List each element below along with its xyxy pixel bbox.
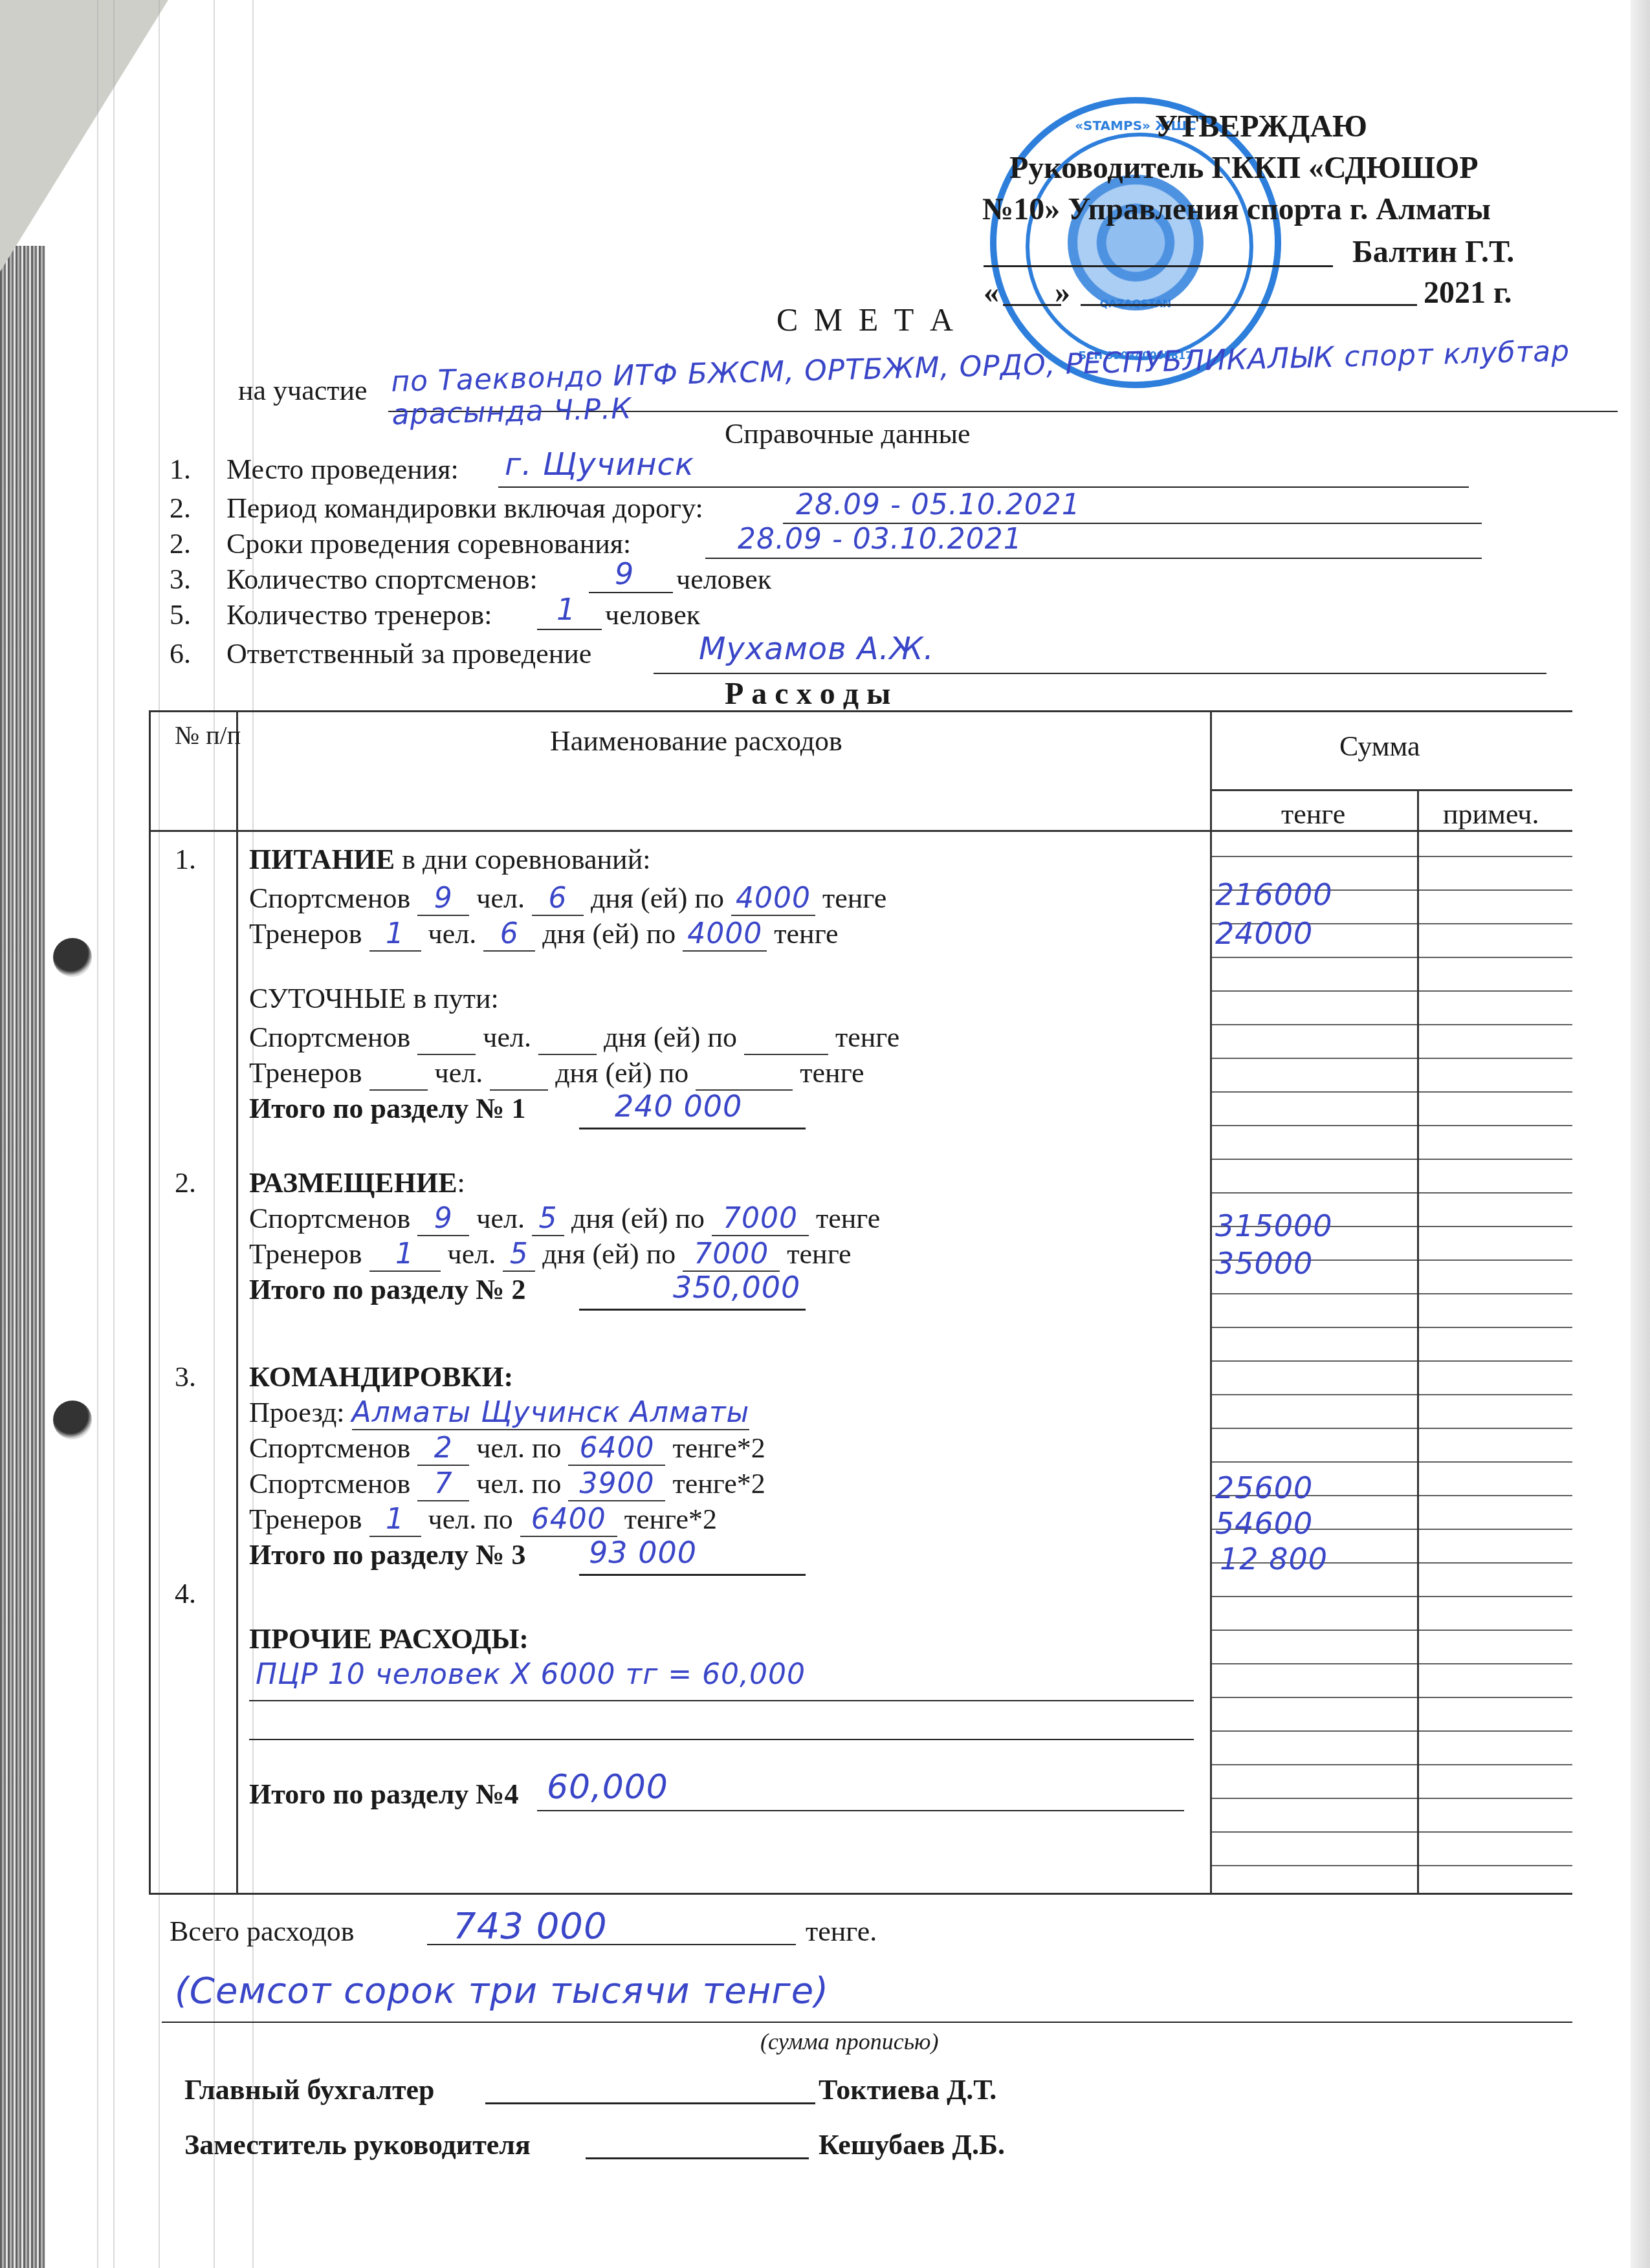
expense-line: Тренеров 1 чел. по 6400 тенге*2 (249, 1503, 717, 1537)
scan-edge-shadow (0, 246, 45, 2268)
approval-date-close: » (1055, 275, 1070, 311)
ref-label-coaches: Количество тренеров: (226, 598, 492, 631)
ref-line (654, 673, 1546, 674)
total-line (537, 1810, 1184, 1811)
amount-cell: 216000 (1215, 877, 1333, 912)
total-line (579, 1128, 806, 1129)
approval-title: УТВЕРЖДАЮ (1155, 109, 1367, 144)
table-row-rule (1210, 1831, 1572, 1833)
section-num: 4. (175, 1577, 196, 1610)
expense-line: Тренеров 1 чел. 5 дня (ей) по 7000 тенге (249, 1238, 852, 1272)
col-name-header: Наименование расходов (550, 725, 842, 758)
signature-line (485, 2102, 815, 2104)
ref-num: 3. (170, 563, 191, 596)
ref-suffix: человек (676, 563, 771, 596)
table-row-rule (1210, 1360, 1572, 1362)
ref-num: 2. (170, 492, 191, 525)
section-num: 3. (175, 1360, 196, 1393)
ref-num: 2. (170, 527, 191, 560)
ref-label-venue: Место проведения: (226, 453, 459, 486)
section-title-food: ПИТАНИЕ в дни соревнований: (249, 843, 650, 876)
table-row-rule (1210, 1394, 1572, 1395)
folded-page-corner (0, 0, 168, 272)
detail-line (249, 1700, 1194, 1701)
table-row-rule (1210, 1461, 1572, 1463)
amount-cell: 25600 (1215, 1470, 1313, 1505)
table-row-rule (1210, 1428, 1572, 1429)
approval-line2: №10» Управления спорта г. Алматы (982, 191, 1491, 227)
total-line (579, 1574, 806, 1576)
ref-num: 1. (170, 453, 191, 486)
section-total-value: 240 000 (615, 1089, 742, 1124)
participation-label: на участие (238, 374, 368, 407)
grand-total-value: 743 000 (453, 1905, 608, 1947)
signature-name-accountant: Токтиева Д.Т. (819, 2073, 996, 2106)
table-row-rule (1210, 1024, 1572, 1025)
expenses-table: № п/п Наименование расходов Сумма тенге … (149, 710, 1572, 1894)
grand-total-unit: тенге. (806, 1915, 877, 1948)
table-row-rule (1210, 1730, 1572, 1732)
per-diem-title: СУТОЧНЫЕ в пути: (249, 982, 499, 1015)
table-row-rule (1210, 990, 1572, 992)
ref-value-venue: г. Щучинск (505, 446, 694, 483)
punch-hole-icon (53, 1401, 92, 1439)
section-total-label: Итого по разделу №4 (249, 1778, 519, 1811)
section-num: 2. (175, 1166, 196, 1199)
ref-line (537, 629, 602, 630)
signature-role-accountant: Главный бухгалтер (184, 2073, 435, 2106)
grand-total-label: Всего расходов (170, 1915, 355, 1948)
table-row-rule (1210, 1764, 1572, 1765)
approval-month-line (1081, 304, 1417, 306)
table-row-rule (1210, 1125, 1572, 1126)
ref-value-coaches: 1 (556, 592, 576, 627)
table-row-rule (1210, 1798, 1572, 1799)
approval-line1: Руководитель ГККП «СДЮШОР (1009, 150, 1479, 186)
participation-value: по Таеквондо ИТФ БЖСМ, ОРТБЖМ, ОРДО, РЕС… (391, 333, 1650, 431)
section-title-accommodation: РАЗМЕЩЕНИЕ: (249, 1166, 465, 1199)
table-row-rule (1210, 1058, 1572, 1059)
expense-line: Спортсменов 9 чел. 5 дня (ей) по 7000 те… (249, 1202, 880, 1236)
ref-line (589, 592, 673, 593)
table-row-rule (1210, 1596, 1572, 1597)
section-num: 1. (175, 843, 196, 876)
section-total-label: Итого по разделу № 3 (249, 1538, 526, 1571)
signature-role-deputy: Заместитель руководителя (184, 2128, 531, 2161)
route-line: Проезд: Алматы Щучинск Алматы (249, 1396, 749, 1430)
scan-streak (97, 0, 98, 2268)
approval-name: Балтин Г.Т. (1352, 234, 1514, 270)
table-row-rule (1210, 1091, 1572, 1093)
ref-label-athletes: Количество спортсменов: (226, 563, 538, 596)
total-in-words: (Семсот сорок три тысячи тенге) (175, 1970, 829, 2012)
ref-value-competition-dates: 28.09 - 03.10.2021 (738, 523, 1022, 556)
table-row-rule (1210, 957, 1572, 958)
ref-suffix: человек (605, 598, 700, 631)
table-row-rule (1210, 1865, 1572, 1866)
in-words-caption: (сумма прописью) (760, 2028, 938, 2055)
expense-line: Тренеров 1 чел. 6 дня (ей) по 4000 тенге (249, 917, 839, 952)
punch-hole-icon (53, 938, 92, 977)
amount-cell: 54600 (1215, 1506, 1313, 1541)
table-row-rule (1210, 1159, 1572, 1160)
section-title-other: ПРОЧИЕ РАСХОДЫ: (249, 1622, 529, 1655)
table-row-rule (1210, 1293, 1572, 1294)
expense-line: Спортсменов 2 чел. по 6400 тенге*2 (249, 1432, 765, 1466)
total-line (579, 1309, 806, 1311)
table-row-rule (1210, 1192, 1572, 1194)
detail-line (249, 1739, 1194, 1740)
expense-line: Спортсменов 7 чел. по 3900 тенге*2 (249, 1467, 765, 1501)
ref-value-trip-period: 28.09 - 05.10.2021 (796, 488, 1081, 521)
other-expense-detail: ПЦР 10 человек Х 6000 тг = 60,000 (256, 1658, 806, 1691)
ref-label-responsible: Ответственный за проведение (226, 637, 591, 670)
amount-cell: 12 800 (1220, 1542, 1328, 1576)
scan-streak (113, 0, 115, 2268)
table-row-rule (1210, 1327, 1572, 1328)
approval-year: 2021 г. (1424, 275, 1512, 311)
ref-value-athletes: 9 (615, 556, 634, 591)
words-line (162, 2022, 1572, 2023)
ref-label-competition-dates: Сроки проведения соревнования: (226, 527, 631, 560)
section-total-label: Итого по разделу № 2 (249, 1273, 526, 1306)
col-tenge-header: тенге (1281, 798, 1345, 831)
ref-line (498, 486, 1469, 488)
section-total-value: 60,000 (547, 1768, 668, 1807)
ref-label-trip-period: Период командировки включая дорогу: (226, 492, 703, 525)
approval-signature-line (984, 265, 1333, 267)
amount-cell: 315000 (1215, 1208, 1333, 1243)
col-note-header: примеч. (1443, 798, 1539, 831)
section-title-travel: КОМАНДИРОВКИ: (249, 1360, 513, 1393)
ref-num: 6. (170, 637, 191, 670)
table-row-rule (1210, 1630, 1572, 1631)
approval-date-open: « (984, 275, 999, 311)
table-row-rule (1210, 1663, 1572, 1664)
signature-name-deputy: Кешубаев Д.Б. (819, 2128, 1005, 2161)
table-row-rule (1210, 856, 1572, 857)
document-title: С М Е Т А (776, 301, 957, 338)
ref-line (705, 558, 1482, 559)
expense-line: Спортсменов 9 чел. 6 дня (ей) по 4000 те… (249, 882, 886, 916)
expense-line-empty: Спортсменов чел. дня (ей) по тенге (249, 1021, 899, 1055)
ref-value-responsible: Мухамов А.Ж. (699, 631, 934, 667)
ref-num: 5. (170, 598, 191, 631)
approval-day-line (1003, 304, 1061, 306)
section-total-label: Итого по разделу № 1 (249, 1092, 526, 1125)
signature-line (586, 2157, 809, 2159)
section-total-value: 93 000 (589, 1535, 697, 1570)
section-total-value: 350,000 (673, 1270, 800, 1305)
reference-heading: Справочные данные (725, 417, 971, 450)
expenses-heading: Р а с х о д ы (725, 676, 890, 712)
col-num-header: № п/п (175, 720, 241, 750)
amount-cell: 24000 (1215, 916, 1313, 951)
amount-cell: 35000 (1215, 1246, 1313, 1281)
col-sum-header: Сумма (1339, 730, 1420, 763)
expense-line-empty: Тренеров чел. дня (ей) по тенге (249, 1056, 864, 1091)
table-row-rule (1210, 1697, 1572, 1698)
